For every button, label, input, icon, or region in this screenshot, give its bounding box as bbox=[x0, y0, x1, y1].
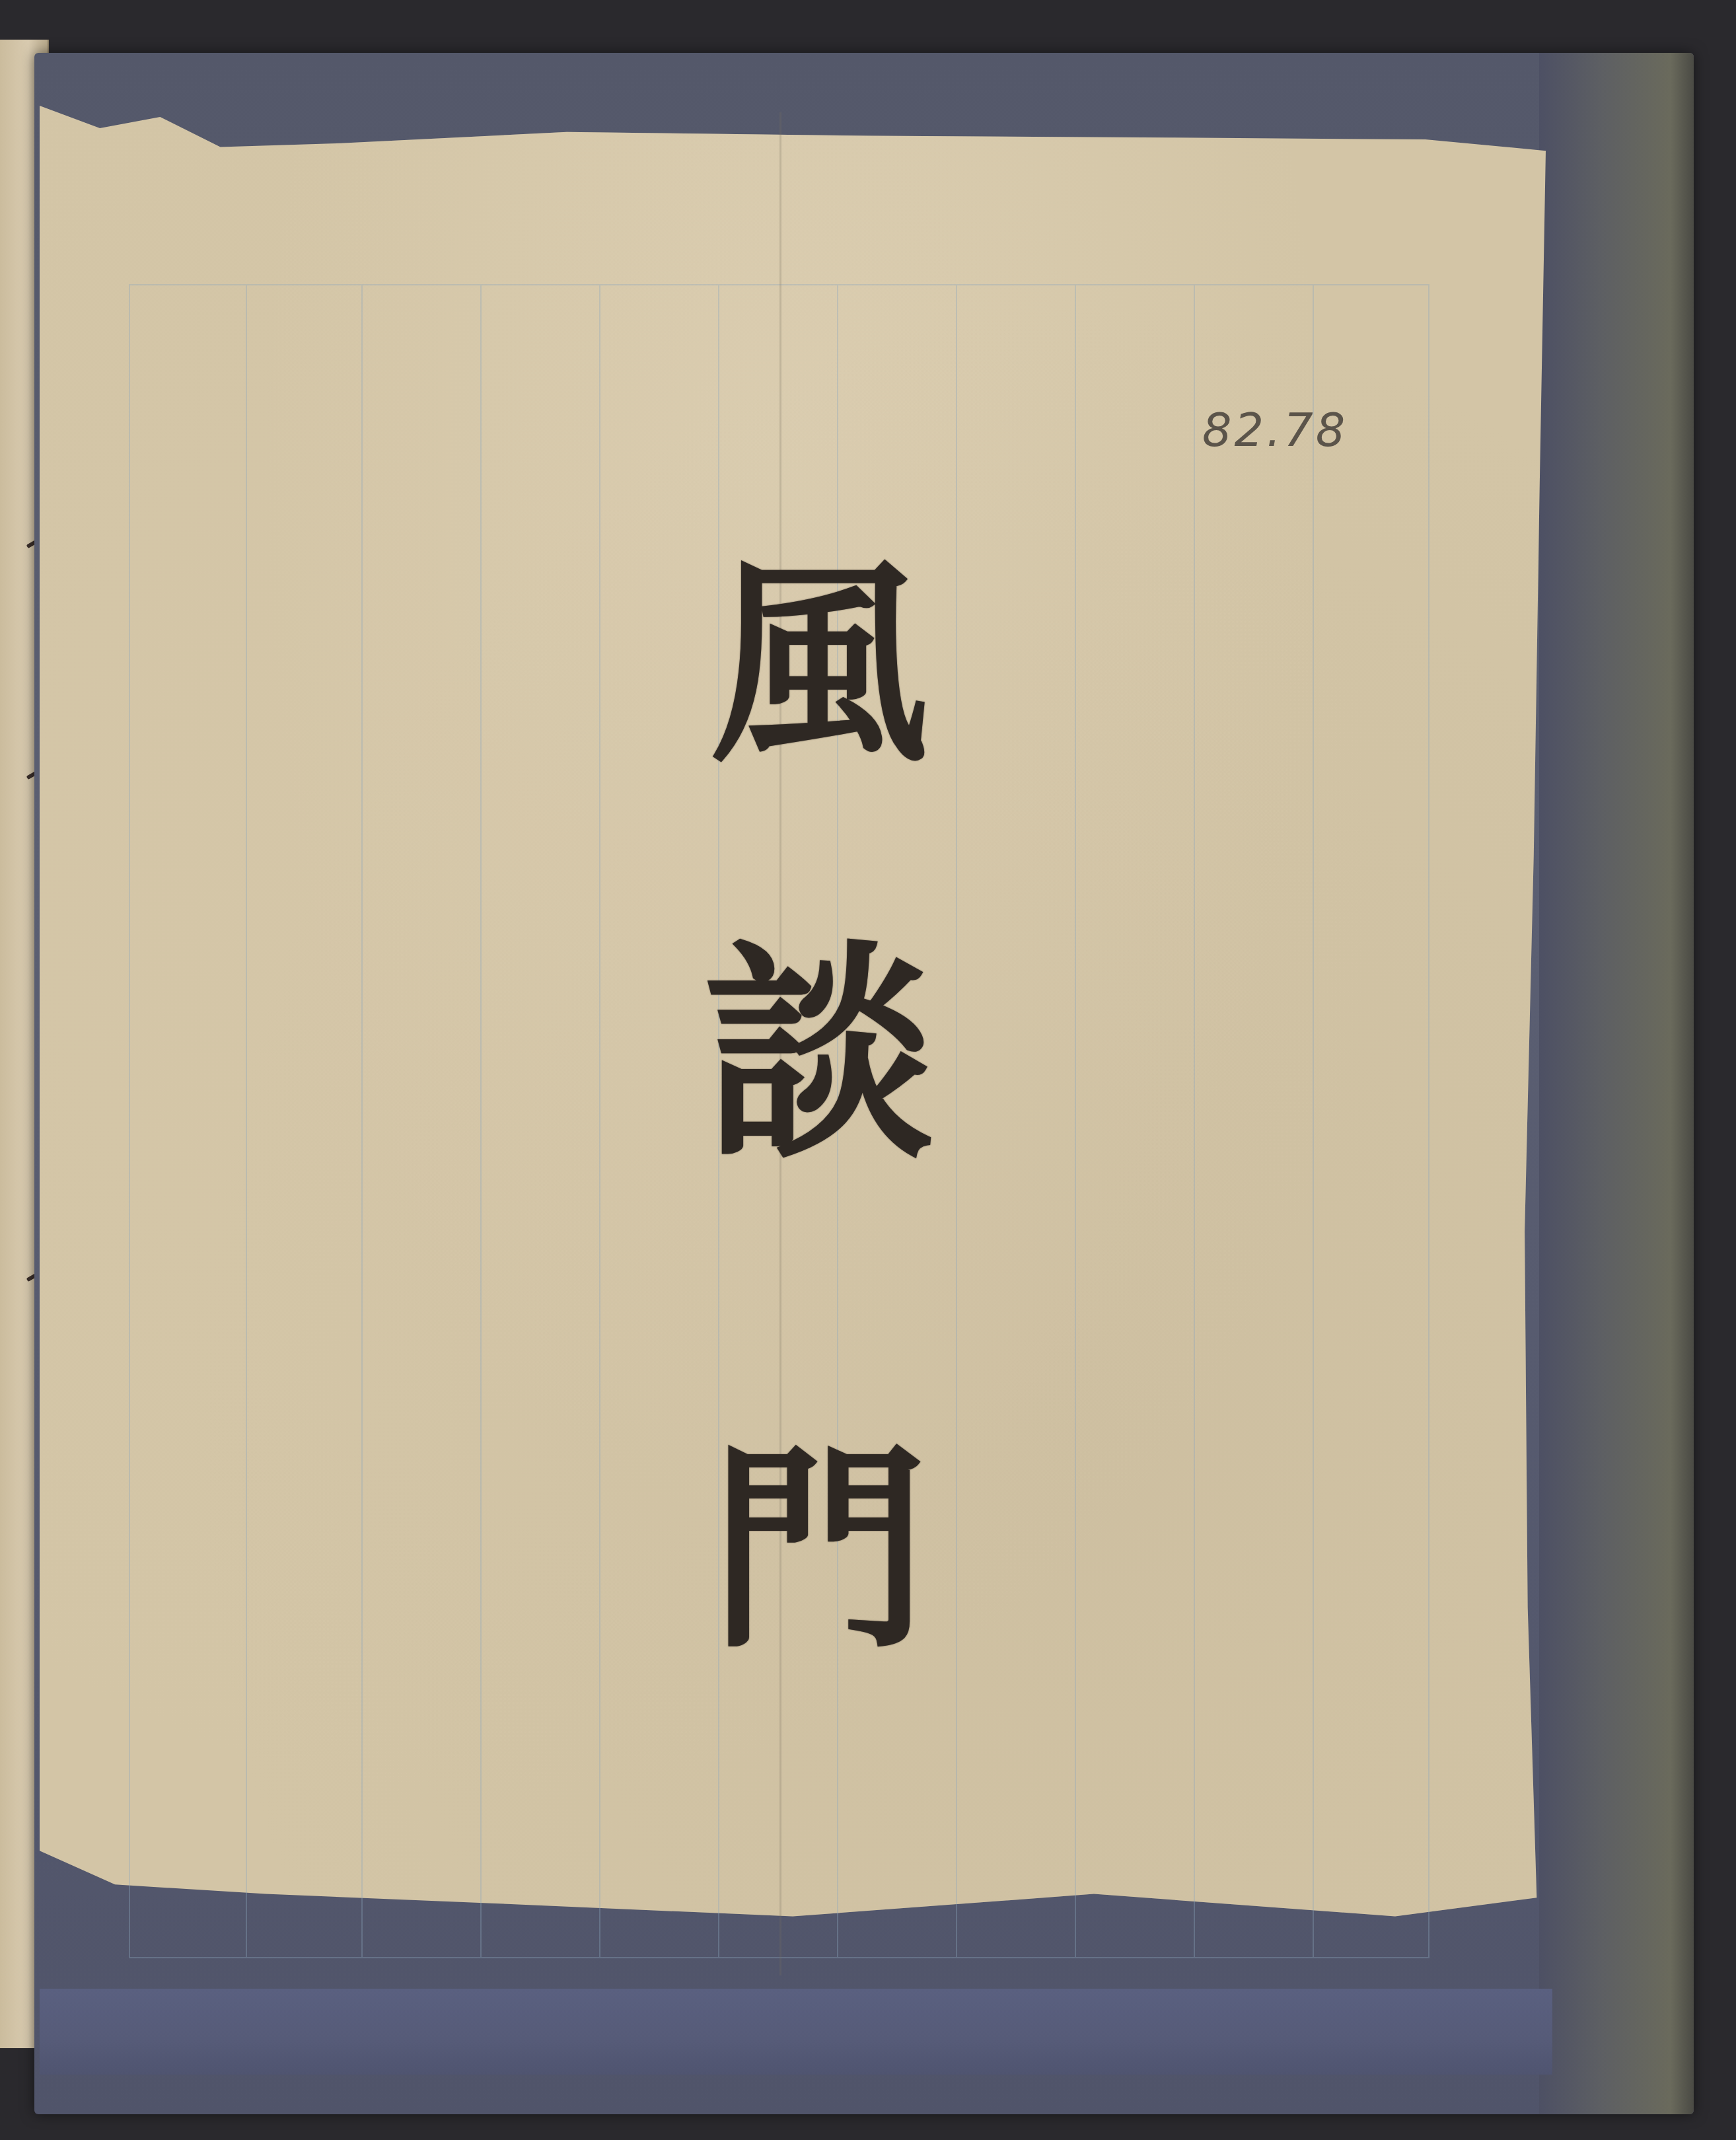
grid-column-line bbox=[1075, 285, 1076, 1957]
grid-column-line bbox=[361, 285, 363, 1957]
cloth-cover-right-flap bbox=[1539, 53, 1694, 2114]
grid-column-line bbox=[246, 285, 247, 1957]
title-character-2: 談 bbox=[647, 938, 991, 1169]
grid-column-line bbox=[599, 285, 600, 1957]
grid-column-line bbox=[1194, 285, 1195, 1957]
grid-column-line bbox=[1313, 285, 1314, 1957]
pencil-annotation: 82.78 bbox=[1202, 403, 1348, 457]
grid-column-line bbox=[480, 285, 482, 1957]
title-character-1: 風 bbox=[647, 555, 991, 773]
cloth-bottom-strip bbox=[40, 1989, 1552, 2075]
title-character-3: 門 bbox=[647, 1440, 991, 1658]
